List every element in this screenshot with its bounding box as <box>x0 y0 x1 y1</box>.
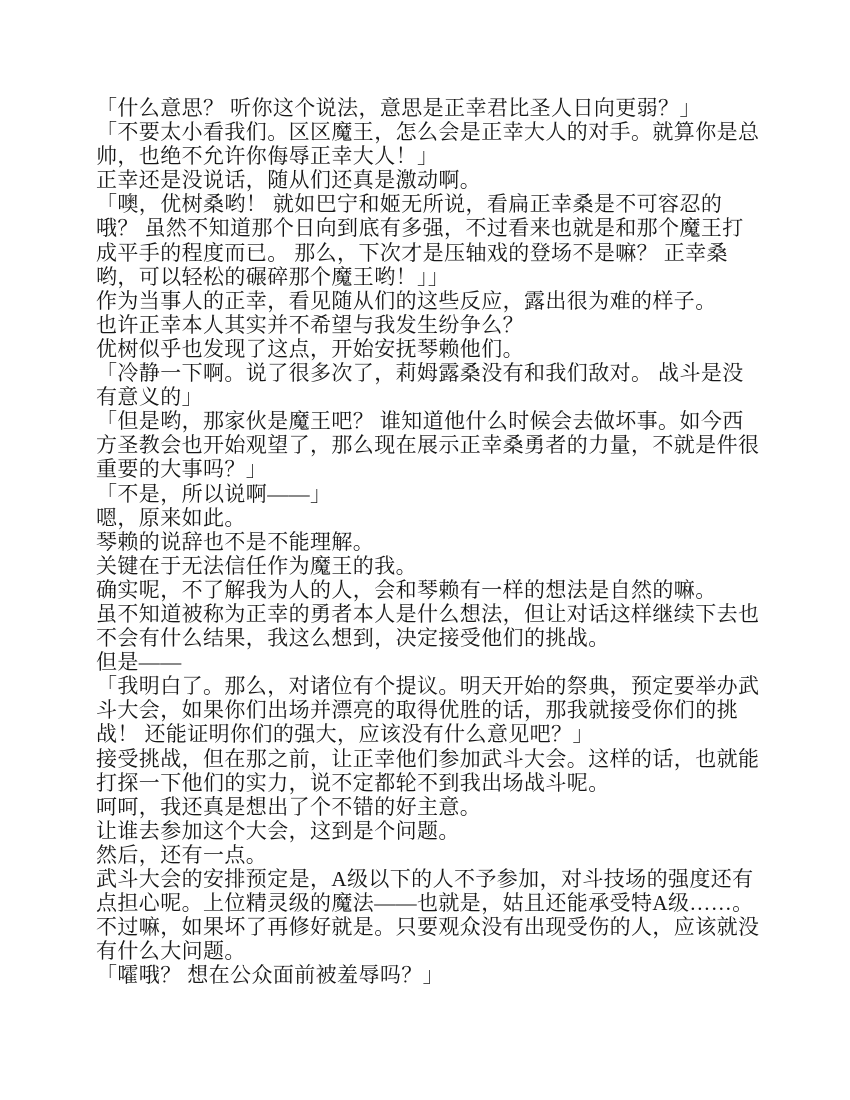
text-line: 嗯，原来如此。 <box>96 506 786 530</box>
text-line: 点担心呢。上位精灵级的魔法——也就是，姑且还能承受特A级……。 <box>96 891 786 915</box>
text-line: 方圣教会也开始观望了，那么现在展示正幸桑勇者的力量，不就是件很 <box>96 433 786 457</box>
text-line: 「我明白了。那么，对诸位有个提议。明天开始的祭典，预定要举办武 <box>96 674 786 698</box>
text-line: 「什么意思？ 听你这个说法，意思是正幸君比圣人日向更弱？」 <box>96 96 786 120</box>
text-line: 打探一下他们的实力，说不定都轮不到我出场战斗呢。 <box>96 771 786 795</box>
text-line: 哟，可以轻松的碾碎那个魔王哟！」」 <box>96 265 786 289</box>
text-line: 「不要太小看我们。区区魔王，怎么会是正幸大人的对手。就算你是总 <box>96 120 786 144</box>
document-page: 「什么意思？ 听你这个说法，意思是正幸君比圣人日向更弱？」「不要太小看我们。区区… <box>0 0 850 1100</box>
text-line: 优树似乎也发现了这点，开始安抚琴赖他们。 <box>96 337 786 361</box>
text-line: 武斗大会的安排预定是，A级以下的人不予参加，对斗技场的强度还有 <box>96 867 786 891</box>
text-line: 「不是，所以说啊——」 <box>96 482 786 506</box>
text-line: 帅，也绝不允许你侮辱正幸大人！」 <box>96 144 786 168</box>
text-line: 作为当事人的正幸，看见随从们的这些反应，露出很为难的样子。 <box>96 289 786 313</box>
text-line: 正幸还是没说话，随从们还真是激动啊。 <box>96 168 786 192</box>
text-line: 战！ 还能证明你们的强大，应该没有什么意见吧？」 <box>96 722 786 746</box>
text-line: 「但是哟，那家伙是魔王吧？ 谁知道他什么时候会去做坏事。如今西 <box>96 409 786 433</box>
text-line: 让谁去参加这个大会，这到是个问题。 <box>96 819 786 843</box>
text-line: 然后，还有一点。 <box>96 843 786 867</box>
novel-text-block: 「什么意思？ 听你这个说法，意思是正幸君比圣人日向更弱？」「不要太小看我们。区区… <box>96 96 786 987</box>
text-line: 有意义的」 <box>96 385 786 409</box>
text-line: 关键在于无法信任作为魔王的我。 <box>96 554 786 578</box>
text-line: 有什么大问题。 <box>96 939 786 963</box>
text-line: 虽不知道被称为正幸的勇者本人是什么想法，但让对话这样继续下去也 <box>96 602 786 626</box>
text-line: 琴赖的说辞也不是不能理解。 <box>96 530 786 554</box>
text-line: 呵呵，我还真是想出了个不错的好主意。 <box>96 795 786 819</box>
text-line: 不会有什么结果，我这么想到，决定接受他们的挑战。 <box>96 626 786 650</box>
text-line: 成平手的程度而已。 那么，下次才是压轴戏的登场不是嘛？ 正幸桑 <box>96 241 786 265</box>
text-line: 斗大会，如果你们出场并漂亮的取得优胜的话，那我就接受你们的挑 <box>96 698 786 722</box>
text-line: 「嚯哦？ 想在公众面前被羞辱吗？」 <box>96 963 786 987</box>
text-line: 哦？ 虽然不知道那个日向到底有多强，不过看来也就是和那个魔王打 <box>96 216 786 240</box>
text-line: 但是—— <box>96 650 786 674</box>
text-line: 不过嘛，如果坏了再修好就是。只要观众没有出现受伤的人，应该就没 <box>96 915 786 939</box>
text-line: 「冷静一下啊。说了很多次了，莉姆露桑没有和我们敌对。 战斗是没 <box>96 361 786 385</box>
text-line: 重要的大事吗？」 <box>96 457 786 481</box>
text-line: 确实呢，不了解我为人的人，会和琴赖有一样的想法是自然的嘛。 <box>96 578 786 602</box>
text-line: 接受挑战，但在那之前，让正幸他们参加武斗大会。这样的话，也就能 <box>96 747 786 771</box>
text-line: 「噢，优树桑哟！ 就如巴宁和姬无所说，看扁正幸桑是不可容忍的 <box>96 192 786 216</box>
text-line: 也许正幸本人其实并不希望与我发生纷争么？ <box>96 313 786 337</box>
